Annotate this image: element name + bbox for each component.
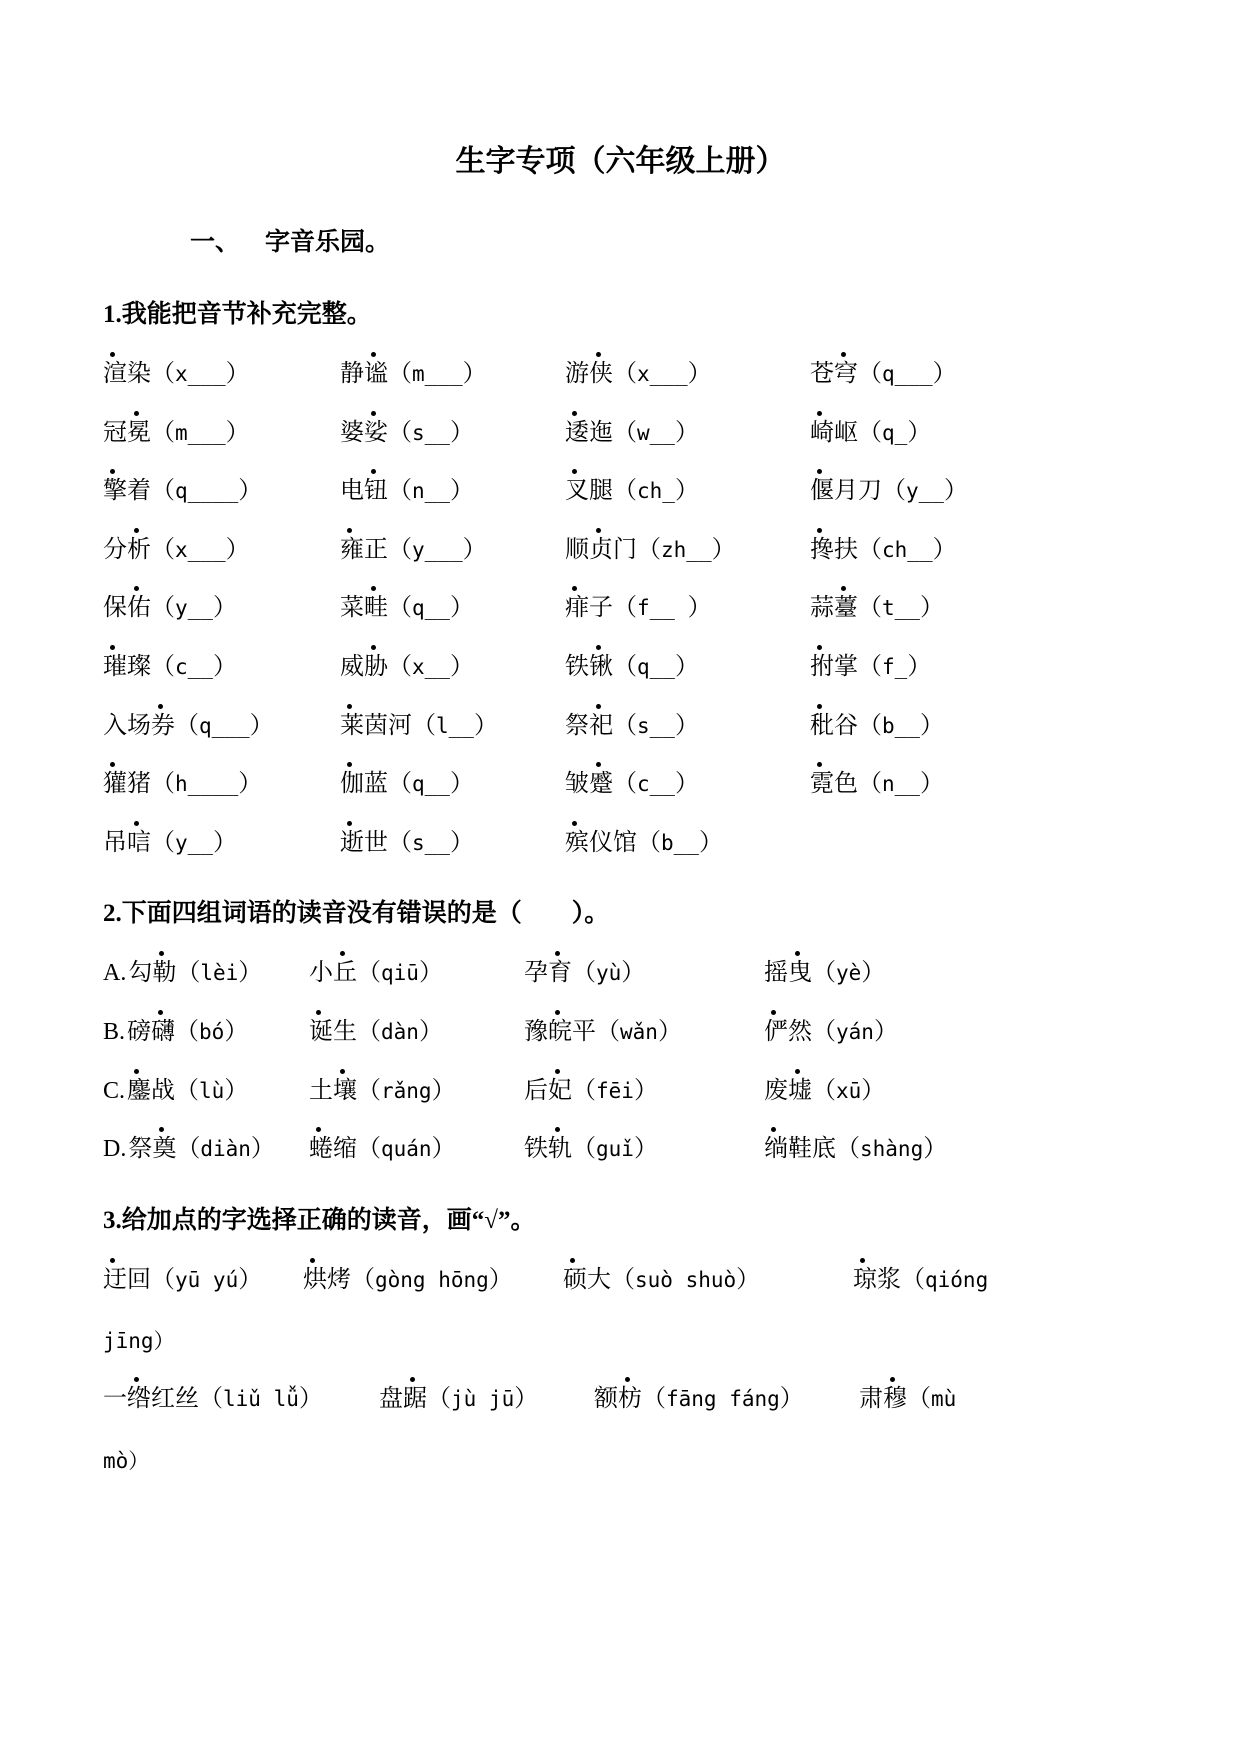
q1-word-item: 游侠（x___）: [565, 361, 810, 389]
answer-blank: __: [425, 421, 450, 445]
pinyin-initial: y: [412, 538, 425, 562]
close-paren: ）: [474, 713, 498, 739]
worksheet-page: 生字专项（六年级上册） 一、字音乐园。 1.我能把音节补充完整。 渲染（x___…: [0, 0, 1241, 1754]
dotted-char: 殡: [565, 830, 589, 858]
open-paren: （: [388, 595, 412, 621]
q1-word-item: 拊掌（f_）: [810, 654, 1241, 682]
close-paren: ）: [907, 654, 931, 680]
close-paren: ）: [658, 1019, 682, 1045]
option-label: A.: [103, 960, 126, 986]
open-paren: （: [175, 1019, 199, 1045]
dotted-char: 蹙: [589, 771, 613, 799]
dotted-char: 轨: [548, 1136, 572, 1164]
char: 勾: [128, 960, 152, 988]
char: 子: [589, 595, 613, 623]
char: 刀: [858, 478, 882, 506]
dotted-char: 冕: [127, 420, 151, 448]
dotted-char: 析: [127, 537, 151, 565]
open-paren: （: [596, 1019, 620, 1045]
dotted-char: 绺: [127, 1386, 151, 1414]
dotted-char: 礴: [151, 1019, 175, 1047]
dotted-char: 獾: [103, 771, 127, 799]
close-paren: ）: [634, 1078, 658, 1104]
dotted-word: 秕谷: [810, 713, 858, 739]
open-paren: （: [882, 478, 906, 504]
pinyin-initial: ch: [882, 538, 907, 562]
close-paren: ）: [933, 537, 957, 563]
char: 铁: [524, 1136, 548, 1164]
pinyin-initial: f: [882, 655, 895, 679]
close-paren: ）: [450, 478, 474, 504]
dotted-word: 游侠: [565, 361, 613, 387]
dotted-word: 偃月刀: [810, 478, 882, 504]
open-paren: （: [572, 1136, 596, 1162]
char: 游: [565, 361, 589, 389]
pinyin-initial: w: [637, 421, 650, 445]
q1-word-item: 獾猪（h____）: [103, 771, 340, 799]
answer-blank: _: [662, 479, 675, 503]
pinyin-choices: mù: [931, 1387, 956, 1411]
pinyin-choices: fāng fáng: [666, 1387, 780, 1411]
pinyin-initial: q: [199, 714, 212, 738]
dotted-char: 硕: [563, 1267, 587, 1295]
dotted-word: 顺贞门: [565, 537, 637, 563]
pinyin-initial: zh: [661, 538, 686, 562]
q1-word-grid: 渲染（x___）静谧（m___）游侠（x___）苍穹（q___）冠冕（m___）…: [0, 361, 1241, 857]
char: 色: [834, 771, 858, 799]
q1-row: 渲染（x___）静谧（m___）游侠（x___）苍穹（q___）: [103, 361, 1241, 389]
char: 威: [340, 654, 364, 682]
answer-blank: ___: [425, 362, 463, 386]
dotted-word: 孕育: [524, 960, 572, 986]
dotted-char: 丘: [333, 960, 357, 988]
q1-word-item: 铁锹（q__）: [565, 654, 810, 682]
char: 烤: [327, 1267, 351, 1295]
answer-blank: __: [674, 831, 699, 855]
char: 正: [364, 537, 388, 565]
pinyin-initial: l: [436, 714, 449, 738]
dotted-char: 崎: [810, 420, 834, 448]
close-paren: ）: [226, 420, 250, 446]
dotted-word: 逝世: [340, 830, 388, 856]
dotted-word: 崎岖: [810, 420, 858, 446]
dotted-word: 烘烤: [303, 1267, 351, 1293]
dotted-word: 皱蹙: [565, 771, 613, 797]
q2-word-item: 蜷缩（quán）: [309, 1136, 524, 1164]
answer-blank: __: [895, 714, 920, 738]
q2-word-item: B.磅礴（bó）: [103, 1019, 309, 1047]
dotted-word: 苍穹: [810, 361, 858, 387]
q3-word-row: 迂回（yū yú）烘烤（gòng hōng）硕大（suò shuò）琼浆（qió…: [103, 1267, 1241, 1295]
pinyin-reading: qiū: [381, 961, 419, 985]
wrapped-pinyin: mò）: [103, 1445, 1241, 1475]
dotted-word: 一绺红丝: [103, 1386, 199, 1412]
dotted-char: 奠: [152, 1136, 176, 1164]
dotted-char: 锹: [589, 654, 613, 682]
open-paren: （: [388, 361, 412, 387]
answer-blank: __: [449, 714, 474, 738]
open-paren: （: [637, 830, 661, 856]
dotted-word: 保佑: [103, 595, 151, 621]
q3-word-item: 迂回（yū yú）: [103, 1267, 303, 1295]
q3-word-item: 盘踞（jù jū）: [379, 1386, 594, 1414]
char: 皱: [565, 771, 589, 799]
q1-word-item: 擎着（q____）: [103, 478, 340, 506]
dotted-word: 分析: [103, 537, 151, 563]
char: 冠: [103, 420, 127, 448]
dotted-char: 鏖: [127, 1078, 151, 1106]
dotted-char: 畦: [364, 595, 388, 623]
pinyin-initial: q: [175, 479, 188, 503]
open-paren: （: [907, 1386, 931, 1412]
dotted-char: 琼: [853, 1267, 877, 1295]
open-paren: （: [357, 1019, 381, 1045]
close-paren: ）: [907, 420, 931, 446]
dotted-char: 唁: [127, 830, 151, 858]
q2-word-item: 孕育（yù）: [524, 960, 764, 988]
q1-word-item: 逝世（s__）: [340, 830, 565, 858]
dotted-char: 娑: [364, 420, 388, 448]
section-title: 字音乐园。: [265, 229, 390, 256]
q1-row: 保佑（y__）菜畦（q__）痱子（f__ ）蒜薹（t__）: [103, 595, 1241, 623]
answer-blank: ___: [650, 362, 688, 386]
dotted-char: 勒: [152, 960, 176, 988]
dotted-word: 绱鞋底: [764, 1136, 836, 1162]
page-title: 生字专项（六年级上册）: [0, 0, 1241, 180]
open-paren: （: [642, 1386, 666, 1412]
pinyin-initial: m: [412, 362, 425, 386]
answer-blank: ___: [188, 421, 226, 445]
q1-heading: 1.我能把音节补充完整。: [103, 294, 1241, 330]
char: 仪: [589, 830, 613, 858]
char: 腿: [589, 478, 613, 506]
close-paren: ）: [463, 537, 487, 563]
pinyin-initial: n: [412, 479, 425, 503]
q2-option-row: D.祭奠（diàn）蜷缩（quán）铁轨（guǐ）绱鞋底（shàng）: [103, 1136, 1241, 1164]
q1-word-item: 电钮（n__）: [340, 478, 565, 506]
q1-word-item: 菜畦（q__）: [340, 595, 565, 623]
open-paren: （: [613, 771, 637, 797]
q1-word-item: 祭祀（s__）: [565, 713, 810, 741]
answer-blank: _: [895, 421, 908, 445]
char: 静: [340, 361, 364, 389]
dotted-word: 拊掌: [810, 654, 858, 680]
char: 豫: [524, 1019, 548, 1047]
answer-blank: __: [650, 596, 688, 620]
dotted-char: 券: [151, 713, 175, 741]
open-paren: （: [388, 654, 412, 680]
open-paren: （: [357, 1136, 381, 1162]
pinyin-initial: t: [882, 596, 895, 620]
close-paren: ）: [675, 478, 699, 504]
open-paren: （: [858, 420, 882, 446]
q1-word-item: 婆娑（s__）: [340, 420, 565, 448]
open-paren: （: [901, 1267, 925, 1293]
dotted-char: 踞: [403, 1386, 427, 1414]
char: 菜: [340, 595, 364, 623]
close-paren: ）: [923, 1136, 947, 1162]
q2-word-item: 摇曳（yè）: [764, 960, 1241, 988]
q1-word-item: 雍正（y___）: [340, 537, 565, 565]
answer-blank: _: [895, 655, 908, 679]
char: 然: [788, 1019, 812, 1047]
open-paren: （: [858, 595, 882, 621]
q1-word-item: 偃月刀（y__）: [810, 478, 1241, 506]
wrapped-pinyin: jīng）: [103, 1325, 1241, 1355]
pinyin-reading: fēi: [596, 1079, 634, 1103]
q3-word-item: 额枋（fāng fáng）: [594, 1386, 859, 1414]
dotted-word: 雍正: [340, 537, 388, 563]
open-paren: （: [858, 361, 882, 387]
open-paren: （: [858, 654, 882, 680]
char: 缩: [333, 1136, 357, 1164]
answer-blank: __: [686, 538, 711, 562]
close-paren: ）: [514, 1386, 538, 1412]
pinyin-reading: lèi: [200, 961, 238, 985]
dotted-word: 蒜薹: [810, 595, 858, 621]
dotted-word: 额枋: [594, 1386, 642, 1412]
pinyin-choices: suò shuò: [635, 1268, 736, 1292]
open-paren: （: [176, 960, 200, 986]
open-paren: （: [388, 771, 412, 797]
option-label: C.: [103, 1078, 125, 1104]
dotted-char: 绱: [764, 1136, 788, 1164]
close-paren: ）: [675, 771, 699, 797]
open-paren: （: [151, 1267, 175, 1293]
close-paren: ）: [238, 771, 262, 797]
dotted-word: 俨然: [764, 1019, 812, 1045]
q1-row: 獾猪（h____）伽蓝（q__）皱蹙（c__）霓色（n__）: [103, 771, 1241, 799]
open-paren: （: [357, 960, 381, 986]
q1-word-item: 殡仪馆（b__）: [565, 830, 810, 858]
q2-word-item: 俨然（yán）: [764, 1019, 1241, 1047]
close-paren: ）: [250, 713, 274, 739]
char: 染: [127, 361, 151, 389]
close-paren: ）: [920, 595, 944, 621]
close-paren: ）: [780, 1386, 804, 1412]
dotted-word: 废墟: [764, 1078, 812, 1104]
open-paren: （: [351, 1267, 375, 1293]
open-paren: （: [812, 960, 836, 986]
char: 吊: [103, 830, 127, 858]
q2-option-row: A.勾勒（lèi）小丘（qiū）孕育（yù）摇曳（yè）: [103, 960, 1241, 988]
q2-word-item: 铁轨（guǐ）: [524, 1136, 764, 1164]
char: 猪: [127, 771, 151, 799]
answer-blank: __: [425, 772, 450, 796]
open-paren: （: [572, 960, 596, 986]
dotted-char: 枋: [618, 1386, 642, 1414]
q2-word-item: 小丘（qiū）: [309, 960, 524, 988]
close-paren: ）: [238, 478, 262, 504]
pinyin-initial: n: [882, 772, 895, 796]
dotted-word: 硕大: [563, 1267, 611, 1293]
dotted-char: 迂: [103, 1267, 127, 1295]
char: 分: [103, 537, 127, 565]
q1-word-item: 吊唁（y__）: [103, 830, 340, 858]
answer-blank: ____: [188, 772, 239, 796]
pinyin-initial: ch: [637, 479, 662, 503]
pinyin-initial: x: [412, 655, 425, 679]
q1-word-item: 苍穹（q___）: [810, 361, 1241, 389]
pinyin-reading: dàn: [381, 1020, 419, 1044]
close-paren: ）: [874, 1019, 898, 1045]
q2-word-item: 绱鞋底（shàng）: [764, 1136, 1241, 1164]
answer-blank: __: [188, 655, 213, 679]
open-paren: （: [858, 537, 882, 563]
char: 回: [127, 1267, 151, 1295]
q1-row: 吊唁（y__）逝世（s__）殡仪馆（b__）: [103, 830, 1241, 858]
close-paren: ）: [944, 478, 968, 504]
q3-word-item: 琼浆（qióng: [853, 1267, 1241, 1295]
open-paren: （: [613, 654, 637, 680]
open-paren: （: [412, 713, 436, 739]
open-paren: （: [151, 361, 175, 387]
dotted-char: 璀: [103, 654, 127, 682]
pinyin-initial: y: [906, 479, 919, 503]
q1-word-item: 蒜薹（t__）: [810, 595, 1241, 623]
answer-blank: __: [650, 714, 675, 738]
q1-word-item: 秕谷（b__）: [810, 713, 1241, 741]
pinyin-initial: s: [412, 831, 425, 855]
dotted-char: 搀: [810, 537, 834, 565]
dotted-char: 穹: [834, 361, 858, 389]
dotted-char: 胁: [364, 654, 388, 682]
open-paren: （: [199, 1386, 223, 1412]
answer-blank: ___: [425, 538, 463, 562]
char: 顺: [565, 537, 589, 565]
dotted-char: 薹: [834, 595, 858, 623]
pinyin-initial: b: [882, 714, 895, 738]
dotted-char: 莱: [340, 713, 364, 741]
q1-row: 擎着（q____）电钮（n__）叉腿（ch_）偃月刀（y__）: [103, 478, 1241, 506]
q1-row: 璀璨（c__）威胁（x__）铁锹（q__）拊掌（f_）: [103, 654, 1241, 682]
answer-blank: __: [650, 655, 675, 679]
pinyin-choices: yū yú: [175, 1268, 238, 1292]
pinyin-initial: s: [637, 714, 650, 738]
open-paren: （: [388, 478, 412, 504]
close-paren: ）: [419, 1019, 443, 1045]
char: 生: [333, 1019, 357, 1047]
close-paren: ）: [621, 960, 645, 986]
char: 电: [340, 478, 364, 506]
dotted-word: 迂回: [103, 1267, 151, 1293]
q1-word-item: 皱蹙（c__）: [565, 771, 810, 799]
close-paren: ）: [226, 537, 250, 563]
pinyin-reading: diàn: [200, 1137, 251, 1161]
open-paren: （: [427, 1386, 451, 1412]
close-paren: ）: [920, 771, 944, 797]
pinyin-initial: x: [175, 538, 188, 562]
char: 丝: [175, 1386, 199, 1414]
close-paren: ）: [299, 1386, 323, 1412]
dotted-word: 冠冕: [103, 420, 151, 446]
answer-blank: __: [907, 538, 932, 562]
pinyin-reading: yù: [596, 961, 621, 985]
dotted-word: 伽蓝: [340, 771, 388, 797]
close-paren: ）: [450, 830, 474, 856]
close-paren: ）: [213, 654, 237, 680]
q3-word-item: 烘烤（gòng hōng）: [303, 1267, 563, 1295]
close-paren: ）: [463, 361, 487, 387]
q1-word-item: 叉腿（ch_）: [565, 478, 810, 506]
pinyin-initial: q: [882, 421, 895, 445]
answer-blank: __: [895, 772, 920, 796]
close-paren: ）: [736, 1267, 760, 1293]
dotted-word: 蜷缩: [309, 1136, 357, 1162]
q2-option-list: A.勾勒（lèi）小丘（qiū）孕育（yù）摇曳（yè）B.磅礴（bó）诞生（d…: [0, 960, 1241, 1163]
dotted-word: 盘踞: [379, 1386, 427, 1412]
close-paren: ）: [675, 420, 699, 446]
open-paren: （: [151, 595, 175, 621]
char: 孕: [524, 960, 548, 988]
open-paren: （: [151, 654, 175, 680]
dotted-char: 谧: [364, 361, 388, 389]
char: 世: [364, 830, 388, 858]
dotted-word: 小丘: [309, 960, 357, 986]
dotted-word: 土壤: [309, 1078, 357, 1104]
answer-blank: ___: [895, 362, 933, 386]
q1-word-item: 霓色（n__）: [810, 771, 1241, 799]
q3-word-list: 迂回（yū yú）烘烤（gòng hōng）硕大（suò shuò）琼浆（qió…: [0, 1267, 1241, 1475]
dotted-char: 伽: [340, 771, 364, 799]
pinyin-initial: q: [412, 772, 425, 796]
dotted-char: 拊: [810, 654, 834, 682]
pinyin-initial: q: [637, 655, 650, 679]
open-paren: （: [812, 1019, 836, 1045]
pinyin-initial: c: [175, 655, 188, 679]
char: 小: [309, 960, 333, 988]
open-paren: （: [151, 478, 175, 504]
dotted-word: 獾猪: [103, 771, 151, 797]
pinyin-reading: shàng: [860, 1137, 923, 1161]
q2-word-item: 诞生（dàn）: [309, 1019, 524, 1047]
dotted-word: 擎着: [103, 478, 151, 504]
q1-word-item: 渲染（x___）: [103, 361, 340, 389]
dotted-char: 穆: [883, 1386, 907, 1414]
dotted-char: 墟: [788, 1078, 812, 1106]
open-paren: （: [175, 1078, 199, 1104]
char: 底: [812, 1136, 836, 1164]
dotted-char: 佑: [127, 595, 151, 623]
close-paren: ）: [213, 830, 237, 856]
open-paren: （: [858, 713, 882, 739]
option-label: D.: [103, 1136, 126, 1162]
close-paren: ）: [688, 595, 712, 621]
open-paren: （: [388, 420, 412, 446]
open-paren: （: [637, 537, 661, 563]
dotted-char: 雍: [340, 537, 364, 565]
dotted-word: 搀扶: [810, 537, 858, 563]
char: 河: [388, 713, 412, 741]
q1-word-item: 威胁（x__）: [340, 654, 565, 682]
char: 岖: [834, 420, 858, 448]
close-paren: ）: [419, 960, 443, 986]
section-heading: 一、字音乐园。: [190, 222, 1241, 258]
pinyin-initial: c: [637, 772, 650, 796]
dotted-word: 痱子: [565, 595, 613, 621]
char: 月: [834, 478, 858, 506]
pinyin-choices: gòng hōng: [375, 1268, 489, 1292]
close-paren: ）: [224, 1019, 248, 1045]
dotted-word: 逶迤: [565, 420, 613, 446]
answer-blank: __: [425, 831, 450, 855]
open-paren: （: [613, 713, 637, 739]
char: 战: [151, 1078, 175, 1106]
dotted-word: 莱茵河: [340, 713, 412, 739]
close-paren: ）: [675, 713, 699, 739]
close-paren: ）: [224, 1078, 248, 1104]
dotted-word: 后妃: [524, 1078, 572, 1104]
